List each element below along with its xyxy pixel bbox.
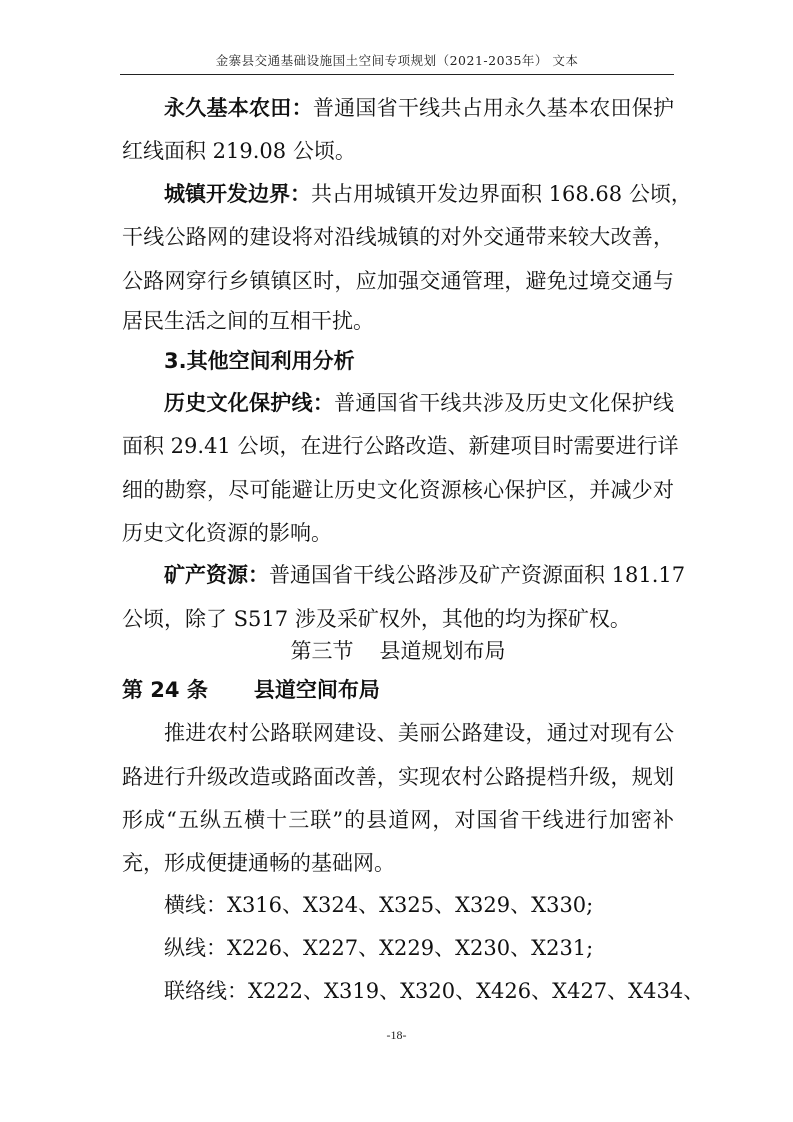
county-road-line-2: 路进行升级改造或路面改善，实现农村公路提档升级，规划 bbox=[122, 763, 674, 791]
document-title: 金寨县交通基础设施国土空间专项规划（2021-2035年） 文本 bbox=[216, 53, 579, 68]
county-road-line-4: 充，形成便捷通畅的基础网。 bbox=[122, 849, 395, 877]
heritage-text: 普通国省干线共涉及历史文化保护线 bbox=[334, 391, 674, 415]
heritage-line-4: 历史文化资源的影响。 bbox=[122, 519, 332, 547]
heritage-line-2: 面积 29.41 公顷，在进行公路改造、新建项目时需要进行详 bbox=[122, 432, 674, 460]
vertical-roads: 纵线：X226、X227、X229、X230、X231; bbox=[164, 934, 593, 962]
horizontal-roads: 横线：X316、X324、X325、X329、X330; bbox=[164, 891, 593, 919]
heritage-line-1: 历史文化保护线：普通国省干线共涉及历史文化保护线 bbox=[164, 389, 674, 417]
county-road-line-1: 推进农村公路联网建设、美丽公路建设，通过对现有公 bbox=[164, 719, 674, 747]
article-number: 第 24 条 bbox=[122, 678, 208, 702]
urban-text: 共占用城镇开发边界面积 168.68 公顷， bbox=[311, 182, 692, 206]
urban-label: 城镇开发边界： bbox=[164, 182, 311, 206]
section-heading: 第三节县道规划布局 bbox=[122, 637, 674, 665]
urban-line-3: 公路网穿行乡镇镇区时，应加强交通管理，避免过境交通与 bbox=[122, 267, 674, 295]
county-road-line-3: 形成“五纵五横十三联”的县道网，对国省干线进行加密补 bbox=[122, 806, 674, 834]
heritage-label: 历史文化保护线： bbox=[164, 391, 334, 415]
connecting-roads: 联络线：X222、X319、X320、X426、X427、X434、 bbox=[164, 977, 674, 1005]
mineral-line-1: 矿产资源：普通国省干线公路涉及矿产资源面积 181.17 bbox=[164, 561, 674, 589]
urban-line-1: 城镇开发边界：共占用城镇开发边界面积 168.68 公顷， bbox=[164, 180, 692, 208]
article-heading: 第 24 条县道空间布局 bbox=[122, 676, 380, 704]
section-title: 县道规划布局 bbox=[380, 639, 506, 663]
article-title: 县道空间布局 bbox=[254, 678, 380, 702]
subheading-other-space-analysis: 3.其他空间利用分析 bbox=[164, 347, 355, 375]
section-number: 第三节 bbox=[291, 639, 354, 663]
page-header: 金寨县交通基础设施国土空间专项规划（2021-2035年） 文本 bbox=[120, 52, 674, 75]
farmland-label: 永久基本农田： bbox=[164, 96, 313, 120]
farmland-line-2: 红线面积 219.08 公顷。 bbox=[122, 137, 356, 165]
mineral-label: 矿产资源： bbox=[164, 563, 269, 587]
mineral-line-2: 公顷，除了 S517 涉及采矿权外，其他的均为探矿权。 bbox=[122, 605, 631, 633]
urban-line-4: 居民生活之间的互相干扰。 bbox=[122, 307, 374, 335]
mineral-text: 普通国省干线公路涉及矿产资源面积 181.17 bbox=[269, 563, 685, 587]
page-number: -18- bbox=[0, 1028, 793, 1043]
heritage-line-3: 细的勘察，尽可能避让历史文化资源核心保护区，并减少对 bbox=[122, 476, 674, 504]
farmland-line-1: 永久基本农田：普通国省干线共占用永久基本农田保护 bbox=[164, 94, 674, 122]
urban-line-2: 干线公路网的建设将对沿线城镇的对外交通带来较大改善， bbox=[122, 223, 674, 251]
farmland-text: 普通国省干线共占用永久基本农田保护 bbox=[313, 96, 674, 120]
